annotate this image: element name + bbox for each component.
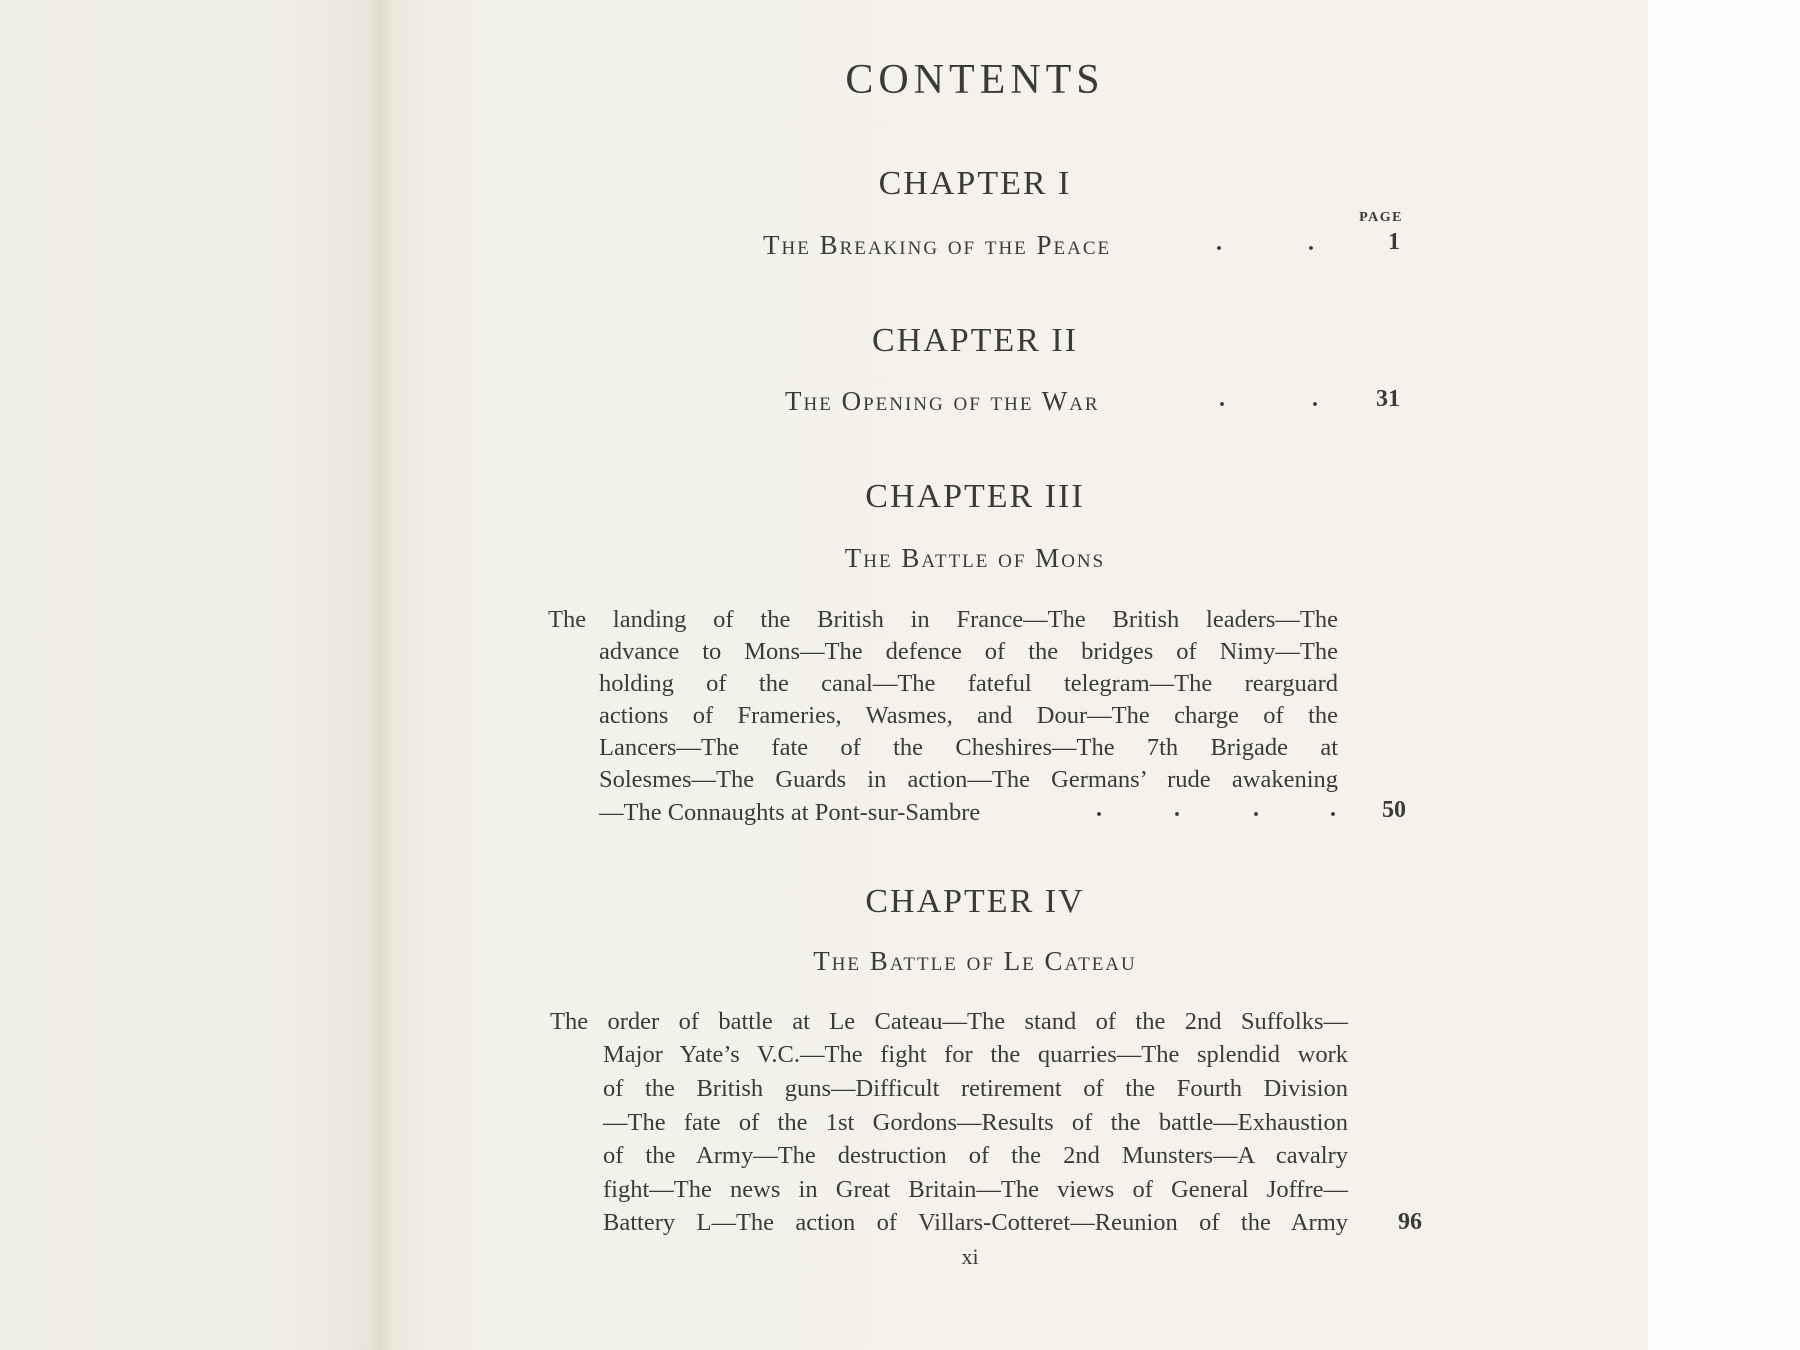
- chapter-1-page: 1: [1340, 229, 1400, 256]
- chapter-3-summary-line: Solesmes—The Guards in action—The German…: [599, 766, 1338, 794]
- page-folio: xi: [495, 1244, 1445, 1270]
- chapter-3-summary-line: actions of Frameries, Wasmes, and Dour—T…: [599, 702, 1338, 730]
- page-column-header: PAGE: [1353, 210, 1403, 226]
- left-page-blank: [0, 0, 382, 1350]
- chapter-2-page: 31: [1340, 386, 1400, 413]
- chapter-4-summary-line: of the British guns—Difficult retirement…: [603, 1075, 1348, 1103]
- leader-dot: .: [1253, 796, 1259, 823]
- chapter-4-summary-line: The order of battle at Le Cateau—The sta…: [550, 1008, 1348, 1036]
- chapter-4-summary-line: —The fate of the 1st Gordons—Results of …: [603, 1109, 1348, 1137]
- leader-dot: .: [1174, 796, 1180, 823]
- chapter-4-summary-line: Battery L—The action of Villars-Cotteret…: [603, 1209, 1348, 1237]
- chapter-4-summary-line: Major Yate’s V.C.—The fight for the quar…: [603, 1041, 1348, 1069]
- background-margin: [1648, 0, 1800, 1350]
- chapter-1-label: CHAPTER I: [500, 165, 1450, 203]
- book-gutter: [372, 0, 394, 1350]
- chapter-4-label: CHAPTER IV: [500, 883, 1450, 921]
- chapter-3-summary-line: advance to Mons—The defence of the bridg…: [599, 638, 1338, 666]
- chapter-3-page: 50: [1340, 797, 1406, 824]
- chapter-2-label: CHAPTER II: [500, 322, 1450, 360]
- chapter-4-summary-line: fight—The news in Great Britain—The view…: [603, 1176, 1348, 1204]
- chapter-3-label: CHAPTER III: [500, 478, 1450, 516]
- leader-dot: .: [1096, 796, 1102, 823]
- chapter-3-title: The Battle of Mons: [500, 543, 1450, 574]
- leader-dot: .: [1219, 386, 1225, 413]
- chapter-3-summary-line: —The Connaughts at Pont-sur-Sambre: [599, 799, 980, 827]
- chapter-4-page: 96: [1350, 1209, 1422, 1236]
- chapter-4-title: The Battle of Le Cateau: [500, 946, 1450, 977]
- chapter-3-summary-line: Lancers—The fate of the Cheshires—The 7t…: [599, 734, 1338, 762]
- contents-title: CONTENTS: [500, 56, 1450, 104]
- leader-dot: .: [1308, 230, 1314, 257]
- leader-dot: .: [1312, 386, 1318, 413]
- leader-dot: .: [1216, 230, 1222, 257]
- chapter-1-title: The Breaking of the Peace: [763, 230, 1111, 261]
- leader-dot: .: [1330, 796, 1336, 823]
- chapter-4-summary-line: of the Army—The destruction of the 2nd M…: [603, 1142, 1348, 1170]
- chapter-3-summary-line: holding of the canal—The fateful telegra…: [599, 670, 1338, 698]
- chapter-2-title: The Opening of the War: [785, 386, 1100, 417]
- chapter-3-summary-line: The landing of the British in France—The…: [548, 606, 1338, 634]
